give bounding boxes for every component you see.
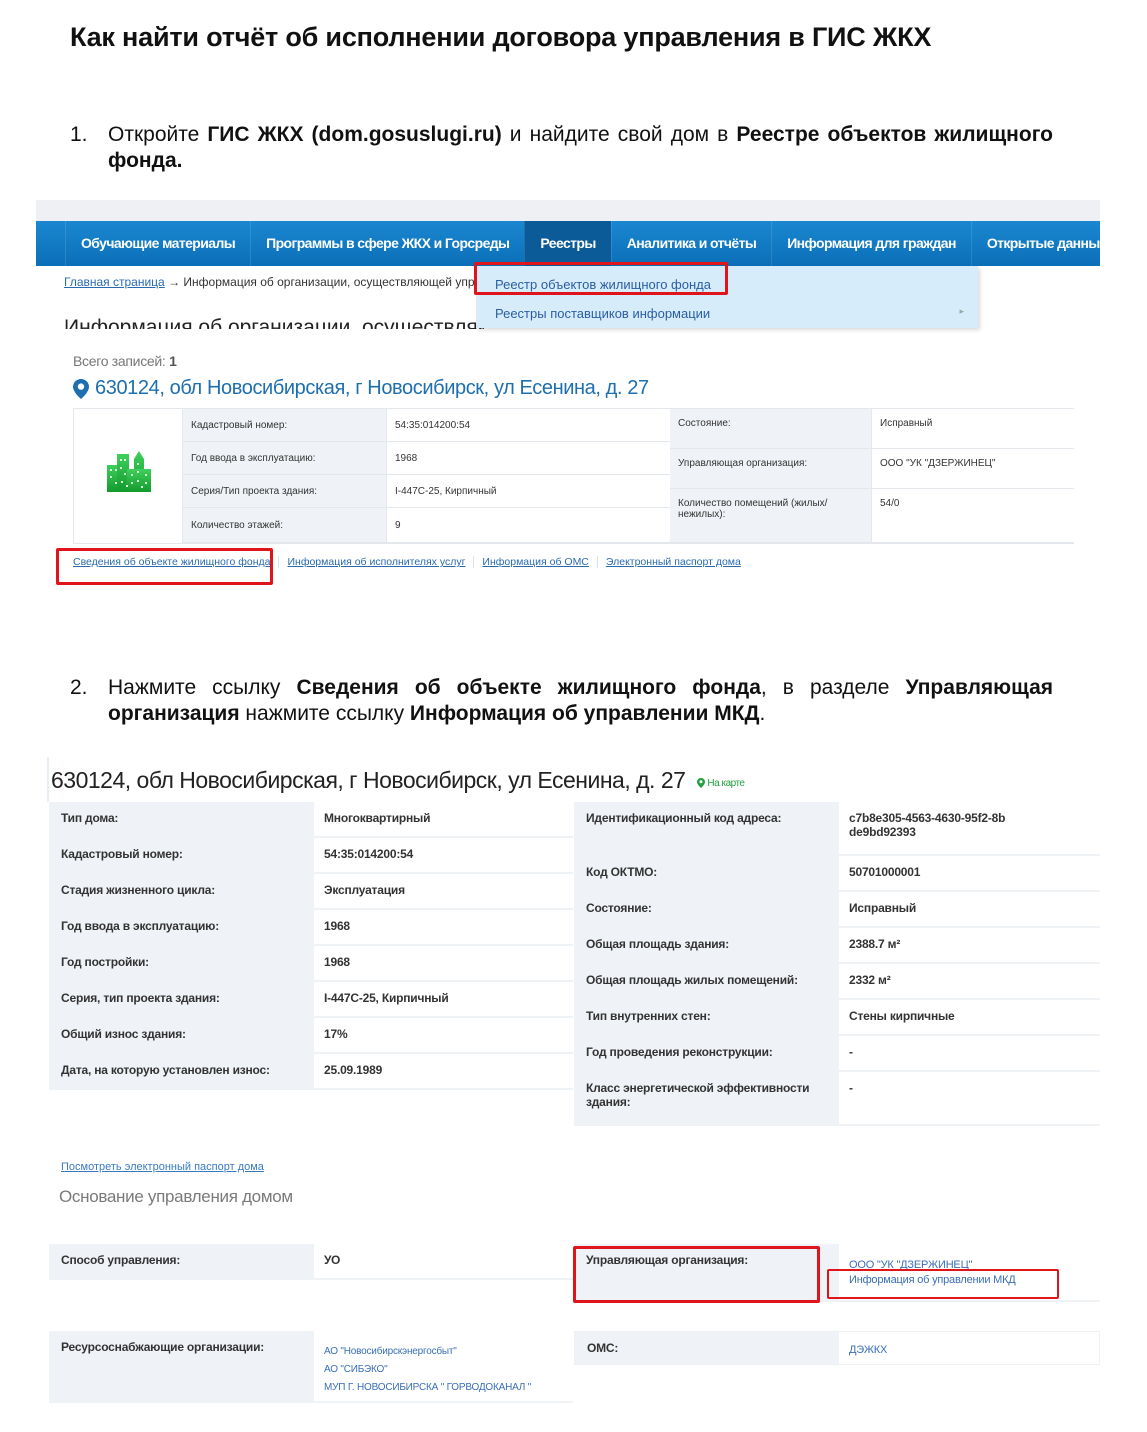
field-label: Год проведения реконструкции: <box>574 1036 837 1070</box>
table-row: Серия, тип проекта здания:I-447С-25, Кир… <box>49 982 573 1018</box>
field-value: 2388.7 м² <box>837 928 1100 962</box>
field-row: Количество помещений (жилых/нежилых):54/… <box>670 489 1074 543</box>
field-value: УО <box>312 1244 573 1278</box>
nav-item[interactable]: Аналитика и отчёты <box>611 221 771 266</box>
house-address-link[interactable]: 630124, обл Новосибирская, г Новосибирск… <box>73 377 649 400</box>
step-text-fragment: Откройте <box>108 123 207 146</box>
field-label: Общая площадь жилых помещений: <box>574 964 837 998</box>
field-value: Эксплуатация <box>312 874 573 908</box>
field-label: Год ввода в эксплуатацию: <box>49 910 312 944</box>
house-card: Кадастровый номер:54:35:014200:54Год вво… <box>73 408 1074 544</box>
management-method-table: Способ управления: УО <box>49 1244 573 1280</box>
main-navigation: Обучающие материалыПрограммы в сфере ЖКХ… <box>36 221 1100 266</box>
menu-item-info-providers[interactable]: Реестры поставщиков информации <box>495 306 710 321</box>
field-row: Год ввода в эксплуатацию:1968 <box>183 442 670 475</box>
frame-edge <box>47 757 49 802</box>
document-title: Как найти отчёт об исполнении договора у… <box>70 22 931 53</box>
link-oms-info[interactable]: Информация об ОМС <box>474 556 597 568</box>
table-row: Код ОКТМО:50701000001 <box>574 856 1100 892</box>
table-row: Способ управления: УО <box>49 1244 573 1280</box>
table-row: Дата, на которую установлен износ:25.09.… <box>49 1054 573 1090</box>
step-text-fragment: нажмите ссылку <box>240 702 410 725</box>
field-value: ООО "УК "ДЗЕРЖИНЕЦ" <box>872 449 1074 488</box>
field-value: 54/0 <box>872 489 1074 542</box>
field-label: Управляющая организация: <box>670 449 872 488</box>
field-value: 9 <box>387 508 670 542</box>
step-text-fragment: . <box>760 702 766 725</box>
field-value: I-447С-25, Кирпичный <box>312 982 573 1016</box>
total-records: Всего записей: 1 <box>73 353 177 369</box>
field-label: Кадастровый номер: <box>49 838 312 872</box>
field-row: Количество этажей:9 <box>183 508 670 543</box>
field-value: I-447С-25, Кирпичный <box>387 475 670 507</box>
field-row: Серия/Тип проекта здания:I-447С-25, Кирп… <box>183 475 670 508</box>
table-row: Идентификационный код адреса:c7b8e305-45… <box>574 802 1100 856</box>
field-label: Серия, тип проекта здания: <box>49 982 312 1016</box>
screenshot-registry-search: Обучающие материалыПрограммы в сфере ЖКХ… <box>36 200 1100 595</box>
field-value: 1968 <box>387 442 670 474</box>
field-label: Кадастровый номер: <box>183 409 387 441</box>
total-records-count: 1 <box>169 353 177 369</box>
oms-link[interactable]: ДЭЖКХ <box>849 1341 1089 1359</box>
nav-item[interactable]: Программы в сфере ЖКХ и Горсреды <box>250 221 524 266</box>
table-row: Класс энергетической эффективности здани… <box>574 1072 1100 1126</box>
nav-item[interactable]: Обучающие материалы <box>65 221 250 266</box>
table-row: Состояние:Исправный <box>574 892 1100 928</box>
table-row: Общая площадь жилых помещений:2332 м² <box>574 964 1100 1000</box>
map-pin-icon <box>697 778 705 788</box>
field-value: Многоквартирный <box>312 802 573 836</box>
highlight-mkd-info-link <box>827 1269 1059 1299</box>
field-value: Исправный <box>872 409 1074 448</box>
table-row: Год постройки:1968 <box>49 946 573 982</box>
nav-item[interactable]: Реестры <box>524 221 610 266</box>
table-row: Общий износ здания:17% <box>49 1018 573 1054</box>
field-label: Количество этажей: <box>183 508 387 542</box>
field-label: Серия/Тип проекта здания: <box>183 475 387 507</box>
nav-item[interactable]: Открытые данные <box>971 221 1100 266</box>
field-value: 50701000001 <box>837 856 1100 890</box>
step-number: 2. <box>70 675 88 701</box>
table-row: ОМС: ДЭЖКХ <box>574 1331 1100 1365</box>
table-row: Кадастровый номер:54:35:014200:54 <box>49 838 573 874</box>
field-value: 2332 м² <box>837 964 1100 998</box>
house-address-heading: 630124, обл Новосибирская, г Новосибирск… <box>51 767 745 794</box>
table-row: Общая площадь здания:2388.7 м² <box>574 928 1100 964</box>
field-row: Управляющая организация:ООО "УК "ДЗЕРЖИН… <box>670 449 1074 489</box>
step-2: 2. Нажмите ссылку Сведения об объекте жи… <box>70 675 1053 727</box>
resource-orgs-table: Ресурсоснабжающие организации: АО "Новос… <box>49 1331 573 1403</box>
field-label: Год ввода в эксплуатацию: <box>183 442 387 474</box>
field-label: Код ОКТМО: <box>574 856 837 890</box>
table-row: Год ввода в эксплуатацию:1968 <box>49 910 573 946</box>
field-value: АО "Новосибирскэнергосбыт"АО "СИБЭКО"МУП… <box>312 1331 573 1401</box>
field-label: Тип внутренних стен: <box>574 1000 837 1034</box>
field-label: ОМС: <box>575 1332 837 1364</box>
field-label: Идентификационный код адреса: <box>574 802 837 854</box>
field-label: Состояние: <box>670 409 872 448</box>
house-passport-left-table: Тип дома:МногоквартирныйКадастровый номе… <box>49 802 573 1090</box>
highlight-housing-registry <box>474 262 728 295</box>
highlight-housing-object-info <box>56 548 273 585</box>
breadcrumb-arrow: → <box>168 275 180 289</box>
house-fields-left: Кадастровый номер:54:35:014200:54Год вво… <box>183 409 670 543</box>
field-value: 25.09.1989 <box>312 1054 573 1088</box>
field-label: Класс энергетической эффективности здани… <box>574 1072 837 1124</box>
field-label: Дата, на которую установлен износ: <box>49 1054 312 1088</box>
resource-org-link[interactable]: АО "Новосибирскэнергосбыт" <box>324 1343 563 1361</box>
field-value: 1968 <box>312 910 573 944</box>
field-value: 17% <box>312 1018 573 1052</box>
step-emphasis: Информация об управлении МКД <box>410 702 760 725</box>
field-label: Стадия жизненного цикла: <box>49 874 312 908</box>
field-row: Кадастровый номер:54:35:014200:54 <box>183 409 670 442</box>
location-pin-icon <box>73 379 89 399</box>
house-passport-right-table: Идентификационный код адреса:c7b8e305-45… <box>574 802 1100 1126</box>
submenu-arrow-icon: ▸ <box>959 306 964 317</box>
step-text-fragment: , в разделе <box>761 676 906 699</box>
step-number: 1. <box>70 122 88 148</box>
field-value: Исправный <box>837 892 1100 926</box>
link-e-passport[interactable]: Электронный паспорт дома <box>598 556 749 568</box>
field-value: c7b8e305-4563-4630-95f2-8bde9bd92393 <box>837 802 1100 854</box>
step-text-fragment: Нажмите ссылку <box>108 676 296 699</box>
table-row: Стадия жизненного цикла:Эксплуатация <box>49 874 573 910</box>
page-heading: Информация об организации, осуществляюще… <box>64 315 484 329</box>
building-icon <box>107 449 151 494</box>
on-map-link[interactable]: На карте <box>697 778 744 789</box>
step-1: 1. Откройте ГИС ЖКХ (dom.gosuslugi.ru) и… <box>70 122 1053 174</box>
browser-top-strip <box>36 200 1100 221</box>
highlight-management-org-label <box>573 1246 820 1303</box>
resource-org-link[interactable]: АО "СИБЭКО" <box>324 1361 563 1379</box>
field-row: Состояние:Исправный <box>670 409 1074 449</box>
field-label: Способ управления: <box>49 1244 312 1278</box>
field-value: 54:35:014200:54 <box>387 409 670 441</box>
breadcrumb: Главная страница → Информация об организ… <box>64 275 521 289</box>
field-label: Общая площадь здания: <box>574 928 837 962</box>
table-row: Тип внутренних стен:Стены кирпичные <box>574 1000 1100 1036</box>
step-text: Нажмите ссылку Сведения об объекте жилищ… <box>108 675 1053 727</box>
view-e-passport-link[interactable]: Посмотреть электронный паспорт дома <box>61 1161 264 1173</box>
nav-item[interactable]: Информация для граждан <box>771 221 971 266</box>
step-emphasis: Сведения об объекте жилищного фонда <box>296 676 760 699</box>
table-row: Ресурсоснабжающие организации: АО "Новос… <box>49 1331 573 1403</box>
oms-table: ОМС: ДЭЖКХ <box>574 1331 1100 1365</box>
section-title-management-basis: Основание управления домом <box>59 1187 293 1207</box>
field-value: - <box>837 1036 1100 1070</box>
house-image-cell <box>74 409 183 543</box>
field-value: 54:35:014200:54 <box>312 838 573 872</box>
resource-org-link[interactable]: МУП Г. НОВОСИБИРСКА " ГОРВОДОКАНАЛ " <box>324 1379 563 1397</box>
step-emphasis: ГИС ЖКХ (dom.gosuslugi.ru) <box>207 123 501 146</box>
house-fields-right: Состояние:ИсправныйУправляющая организац… <box>670 409 1074 543</box>
field-label: Тип дома: <box>49 802 312 836</box>
field-value: - <box>837 1072 1100 1124</box>
field-label: Общий износ здания: <box>49 1018 312 1052</box>
field-label: Год постройки: <box>49 946 312 980</box>
step-text-fragment: и найдите свой дом в <box>502 123 737 146</box>
screenshot-house-details: 630124, обл Новосибирская, г Новосибирск… <box>47 757 1100 1407</box>
step-text: Откройте ГИС ЖКХ (dom.gosuslugi.ru) и на… <box>108 122 1053 174</box>
breadcrumb-home-link[interactable]: Главная страница <box>64 275 165 289</box>
field-label: Ресурсоснабжающие организации: <box>49 1331 312 1401</box>
field-value: ДЭЖКХ <box>837 1332 1099 1364</box>
table-row: Год проведения реконструкции:- <box>574 1036 1100 1072</box>
table-row: Тип дома:Многоквартирный <box>49 802 573 838</box>
breadcrumb-current: Информация об организации, осуществляюще… <box>183 275 521 289</box>
field-label: Количество помещений (жилых/нежилых): <box>670 489 872 542</box>
field-label: Состояние: <box>574 892 837 926</box>
link-service-providers[interactable]: Информация об исполнителях услуг <box>279 556 474 568</box>
field-value: 1968 <box>312 946 573 980</box>
field-value: Стены кирпичные <box>837 1000 1100 1034</box>
